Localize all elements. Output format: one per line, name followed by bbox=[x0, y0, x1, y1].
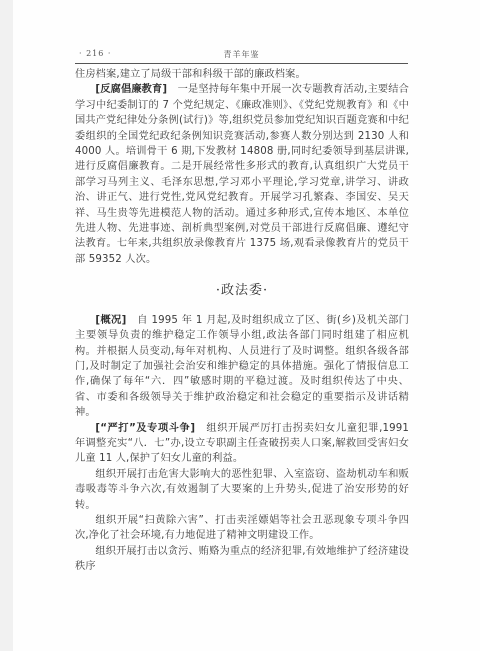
scan-margin-strip bbox=[0, 0, 13, 651]
body-paragraph: 组织开展打击危害大影响大的恶性犯罪、入室盗窃、盗劫机动车和贩毒吸毒等斗争六次,有… bbox=[75, 467, 409, 513]
page-header: · 216 · 青羊年鉴 bbox=[75, 49, 408, 64]
overview-title: [概况] bbox=[95, 315, 126, 326]
overview-paragraph: [概况] 自 1995 年 1 月起,及时组织成立了区、街(乡)及机关部门主要领… bbox=[75, 313, 409, 421]
anti-corruption-text: 一是坚持每年集中开展一次专题教育活动,主要结合学习中纪委制订的 7 个党纪规定、… bbox=[75, 84, 409, 264]
strike-hard-paragraph: [“严打”及专项斗争] 组织开展严厉打击拐卖妇女儿童犯罪,1991 年调整充实“… bbox=[75, 421, 409, 467]
page-body: 住房档案,建立了局级干部和科级干部的廉政档案。 [反腐倡廉教育] 一是坚持每年集… bbox=[75, 67, 409, 575]
anti-corruption-paragraph: [反腐倡廉教育] 一是坚持每年集中开展一次专题教育活动,主要结合学习中纪委制订的… bbox=[75, 82, 409, 267]
strike-hard-title: [“严打”及专项斗争] bbox=[95, 423, 195, 434]
anti-corruption-title: [反腐倡廉教育] bbox=[95, 84, 167, 95]
overview-text: 自 1995 年 1 月起,及时组织成立了区、街(乡)及机关部门主要领导负责的维… bbox=[75, 315, 409, 418]
body-paragraph: 组织开展“扫黄除六害”、打击卖淫嫖娼等社会丑恶现象专项斗争四次,净化了社会环境,… bbox=[75, 513, 409, 544]
section-heading: ·政法委· bbox=[75, 283, 409, 298]
document-page: · 216 · 青羊年鉴 住房档案,建立了局级干部和科级干部的廉政档案。 [反腐… bbox=[0, 0, 480, 651]
body-paragraph: 组织开展打击以贪污、贿赂为重点的经济犯罪,有效地维护了经济建设秩序 bbox=[75, 544, 409, 575]
continuation-paragraph: 住房档案,建立了局级干部和科级干部的廉政档案。 bbox=[75, 67, 409, 82]
running-title: 青羊年鉴 bbox=[75, 49, 408, 60]
